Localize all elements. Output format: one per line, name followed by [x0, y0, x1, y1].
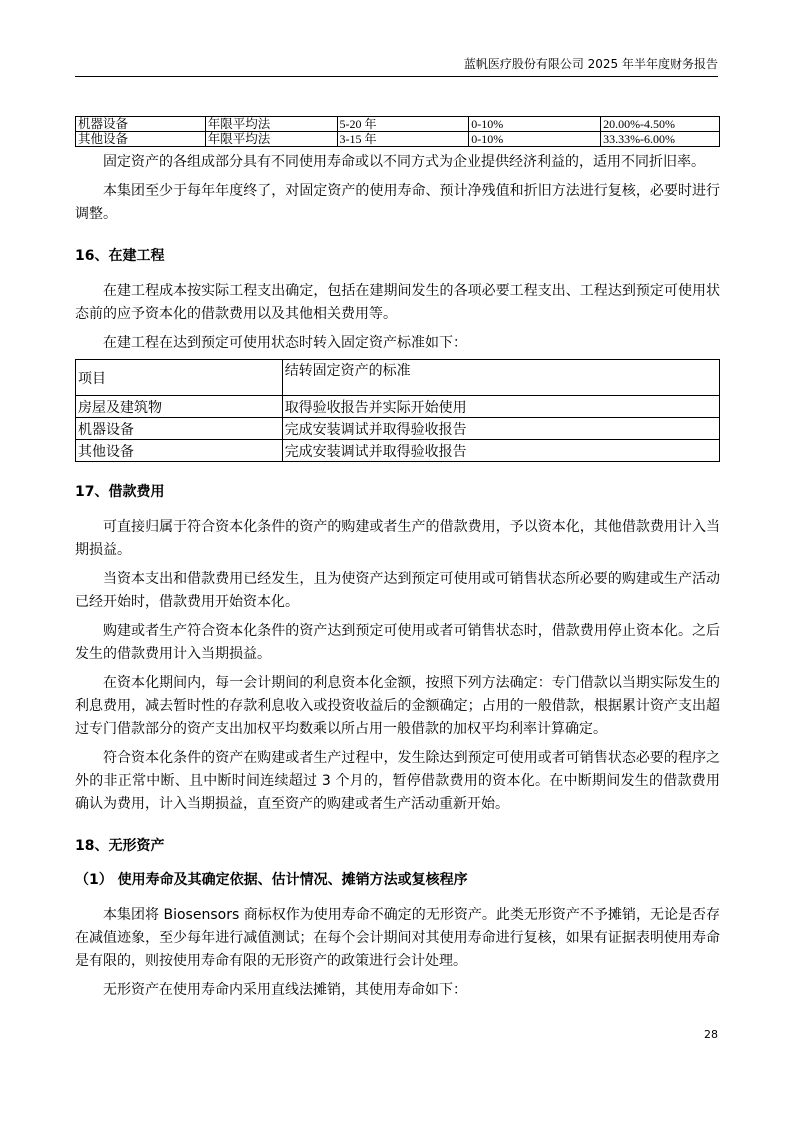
paragraph: 在建工程成本按实际工程支出确定，包括在建期间发生的各项必要工程支出、工程达到预定…	[75, 280, 720, 326]
paragraph: 可直接归属于符合资本化条件的资产的购建或者生产的借款费用，予以资本化，其他借款费…	[75, 516, 720, 562]
item-cell: 房屋及建筑物	[76, 396, 283, 418]
header-cell: 项目	[76, 360, 283, 396]
table-row: 房屋及建筑物 取得验收报告并实际开始使用	[76, 396, 720, 418]
paragraph: 固定资产的各组成部分具有不同使用寿命或以不同方式为企业提供经济利益的，适用不同折…	[75, 151, 720, 174]
standard-cell: 完成安装调试并取得验收报告	[282, 418, 719, 440]
paragraph: 购建或者生产符合资本化条件的资产达到预定可使用或者可销售状态时，借款费用停止资本…	[75, 620, 720, 666]
section-heading: 16、在建工程	[75, 246, 720, 266]
page-header: 蓝帆医疗股份有限公司 2025 年半年度财务报告	[75, 56, 718, 77]
table-row: 机器设备 完成安装调试并取得验收报告	[76, 418, 720, 440]
category-cell: 机器设备	[76, 117, 206, 132]
category-cell: 其他设备	[76, 132, 206, 147]
rate-cell: 20.00%-4.50%	[601, 117, 720, 132]
section-heading: 17、借款费用	[75, 482, 720, 502]
item-cell: 其他设备	[76, 440, 283, 462]
header-cell: 结转固定资产的标准	[282, 360, 719, 396]
report-title: 蓝帆医疗股份有限公司 2025 年半年度财务报告	[464, 56, 718, 72]
standard-cell: 完成安装调试并取得验收报告	[282, 440, 719, 462]
paragraph: 无形资产在使用寿命内采用直线法摊销，其使用寿命如下：	[75, 979, 720, 1002]
life-cell: 3-15 年	[337, 132, 469, 147]
rate-cell: 33.33%-6.00%	[601, 132, 720, 147]
sub-heading: （1） 使用寿命及其确定依据、估计情况、摊销方法或复核程序	[75, 870, 720, 890]
cip-standard-table: 项目 结转固定资产的标准 房屋及建筑物 取得验收报告并实际开始使用 机器设备 完…	[75, 359, 720, 462]
table-row: 其他设备 完成安装调试并取得验收报告	[76, 440, 720, 462]
paragraph: 在资本化期间内，每一会计期间的利息资本化金额，按照下列方法确定：专门借款以当期实…	[75, 672, 720, 741]
paragraph: 本集团将 Biosensors 商标权作为使用寿命不确定的无形资产。此类无形资产…	[75, 904, 720, 973]
paragraph: 当资本支出和借款费用已经发生，且为使资产达到预定可使用或可销售状态所必要的购建或…	[75, 568, 720, 614]
table-row: 其他设备 年限平均法 3-15 年 0-10% 33.33%-6.00%	[76, 132, 720, 147]
standard-cell: 取得验收报告并实际开始使用	[282, 396, 719, 418]
residual-cell: 0-10%	[469, 132, 601, 147]
table-row: 机器设备 年限平均法 5-20 年 0-10% 20.00%-4.50%	[76, 117, 720, 132]
paragraph: 本集团至少于每年年度终了，对固定资产的使用寿命、预计净残值和折旧方法进行复核，必…	[75, 180, 720, 226]
section-heading: 18、无形资产	[75, 836, 720, 856]
life-cell: 5-20 年	[337, 117, 469, 132]
page-number: 28	[704, 1028, 718, 1041]
paragraph: 在建工程在达到预定可使用状态时转入固定资产标准如下：	[75, 332, 720, 355]
page-content: 机器设备 年限平均法 5-20 年 0-10% 20.00%-4.50% 其他设…	[75, 116, 720, 1002]
item-cell: 机器设备	[76, 418, 283, 440]
method-cell: 年限平均法	[205, 117, 337, 132]
method-cell: 年限平均法	[205, 132, 337, 147]
residual-cell: 0-10%	[469, 117, 601, 132]
paragraph: 符合资本化条件的资产在购建或者生产过程中，发生除达到预定可使用或者可销售状态必要…	[75, 747, 720, 816]
depreciation-table: 机器设备 年限平均法 5-20 年 0-10% 20.00%-4.50% 其他设…	[75, 116, 720, 147]
table-header-row: 项目 结转固定资产的标准	[76, 360, 720, 396]
